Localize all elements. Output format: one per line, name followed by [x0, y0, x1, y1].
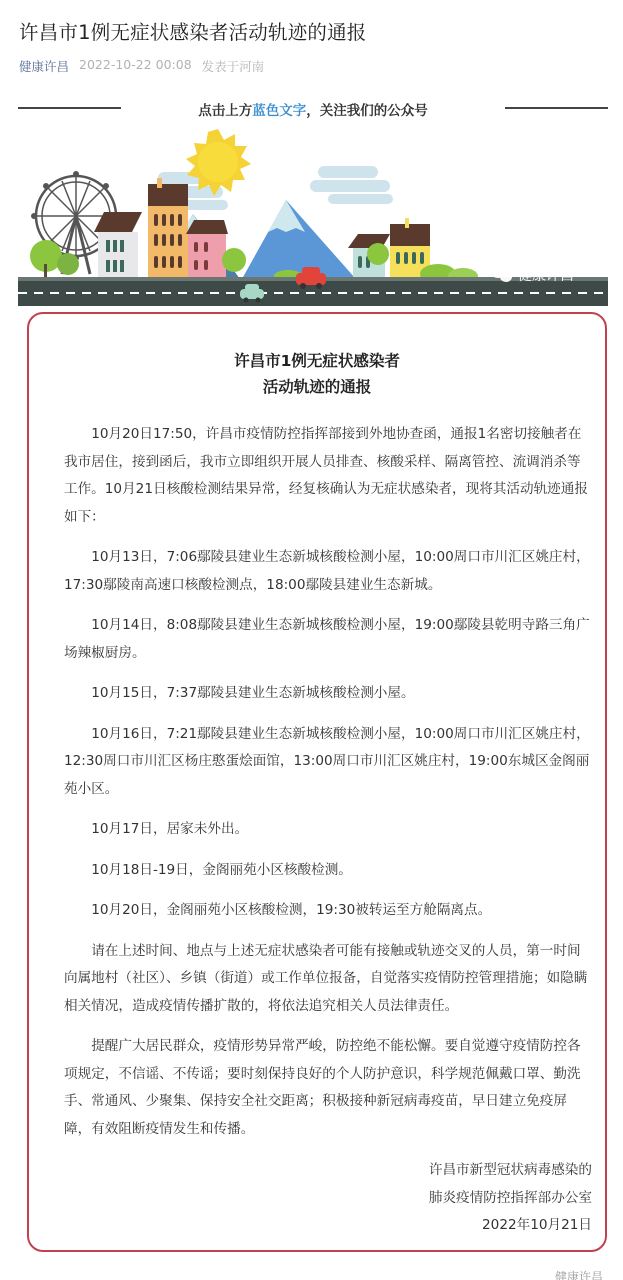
notice-card: 许昌市1例无症状感染者 活动轨迹的通报 10月20日17:50，许昌市疫情防控指… [27, 312, 607, 1252]
notice-body: 10月20日17:50，许昌市疫情防控指挥部接到外地协查函，通报1名密切接触者在… [64, 421, 592, 1156]
bottom-partial-text: 健康许昌 [555, 1268, 603, 1280]
follow-suffix: ，关注我们的公众号 [306, 103, 428, 119]
publish-location: 发表于河南 [202, 57, 265, 75]
paragraph-oct14: 10月14日，8:08鄢陵县建业生态新城核酸检测小屋，19:00鄢陵县乾明寺路三… [64, 612, 592, 667]
paragraph-oct13: 10月13日，7:06鄢陵县建业生态新城核酸检测小屋，10:00周口市川汇区姚庄… [64, 544, 592, 599]
signature-line2: 肺炎疫情防控指挥部办公室 [429, 1185, 592, 1213]
article-meta: 健康许昌 2022-10-22 00:08 发表于河南 [19, 57, 264, 75]
paragraph-oct18-19: 10月18日-19日，金阁丽苑小区核酸检测。 [64, 857, 592, 885]
article-title: 许昌市1例无症状感染者活动轨迹的通报 [19, 17, 367, 45]
follow-prefix: 点击上方 [198, 103, 252, 119]
follow-prompt: 点击上方蓝色文字，关注我们的公众号 [18, 98, 608, 118]
notice-heading: 许昌市1例无症状感染者 活动轨迹的通报 [29, 348, 605, 400]
paragraph-oct15: 10月15日，7:37鄢陵县建业生态新城核酸检测小屋。 [64, 680, 592, 708]
city-banner-image: 健康许昌 [18, 124, 608, 306]
paragraph-intro: 10月20日17:50，许昌市疫情防控指挥部接到外地协查函，通报1名密切接触者在… [64, 421, 592, 531]
account-name-link[interactable]: 健康许昌 [19, 57, 69, 75]
paragraph-oct16: 10月16日，7:21鄢陵县建业生态新城核酸检测小屋，10:00周口市川汇区姚庄… [64, 721, 592, 804]
follow-highlight: 蓝色文字 [252, 103, 306, 119]
paragraph-oct20: 10月20日，金阁丽苑小区核酸检测，19:30被转运至方舱隔离点。 [64, 897, 592, 925]
publish-date: 2022-10-22 00:08 [79, 57, 192, 75]
signature-block: 许昌市新型冠状病毒感染的 肺炎疫情防控指挥部办公室 2022年10月21日 [429, 1157, 592, 1240]
sun-icon [186, 129, 251, 196]
signature-date: 2022年10月21日 [429, 1212, 592, 1240]
paragraph-report-request: 请在上述时间、地点与上述无症状感染者可能有接触或轨迹交叉的人员，第一时间向属地村… [64, 938, 592, 1021]
notice-heading-line1: 许昌市1例无症状感染者 [29, 348, 605, 374]
notice-heading-line2: 活动轨迹的通报 [29, 374, 605, 400]
follow-prompt-text: 点击上方蓝色文字，关注我们的公众号 [18, 99, 608, 119]
paragraph-oct17: 10月17日，居家未外出。 [64, 816, 592, 844]
paragraph-reminder: 提醒广大居民群众，疫情形势异常严峻，防控绝不能松懈。要自觉遵守疫情防控各项规定，… [64, 1033, 592, 1143]
banner-watermark: 健康许昌 [518, 265, 574, 285]
signature-line1: 许昌市新型冠状病毒感染的 [429, 1157, 592, 1185]
